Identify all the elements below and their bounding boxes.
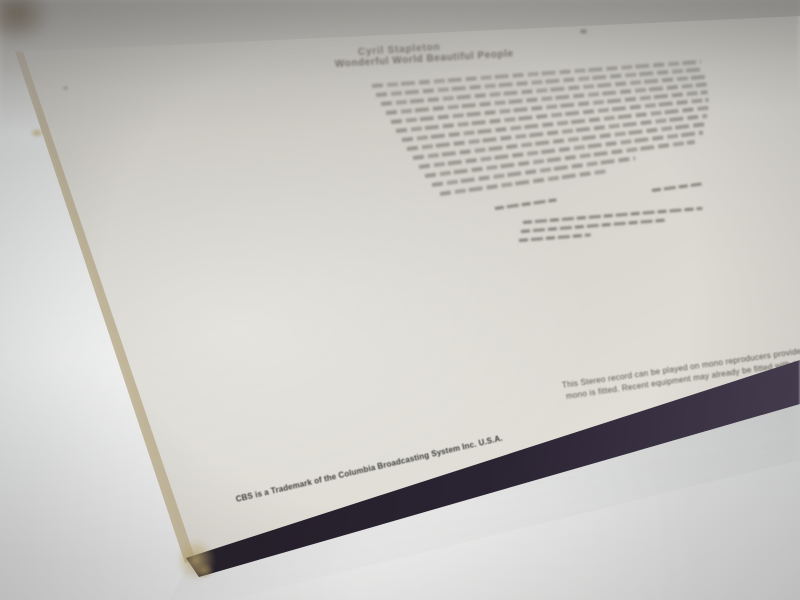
worn-corner-fray xyxy=(194,563,214,578)
photo: Cyril Stapleton Wonderful World Beautifu… xyxy=(0,0,800,600)
defocus-top-band xyxy=(0,0,800,140)
